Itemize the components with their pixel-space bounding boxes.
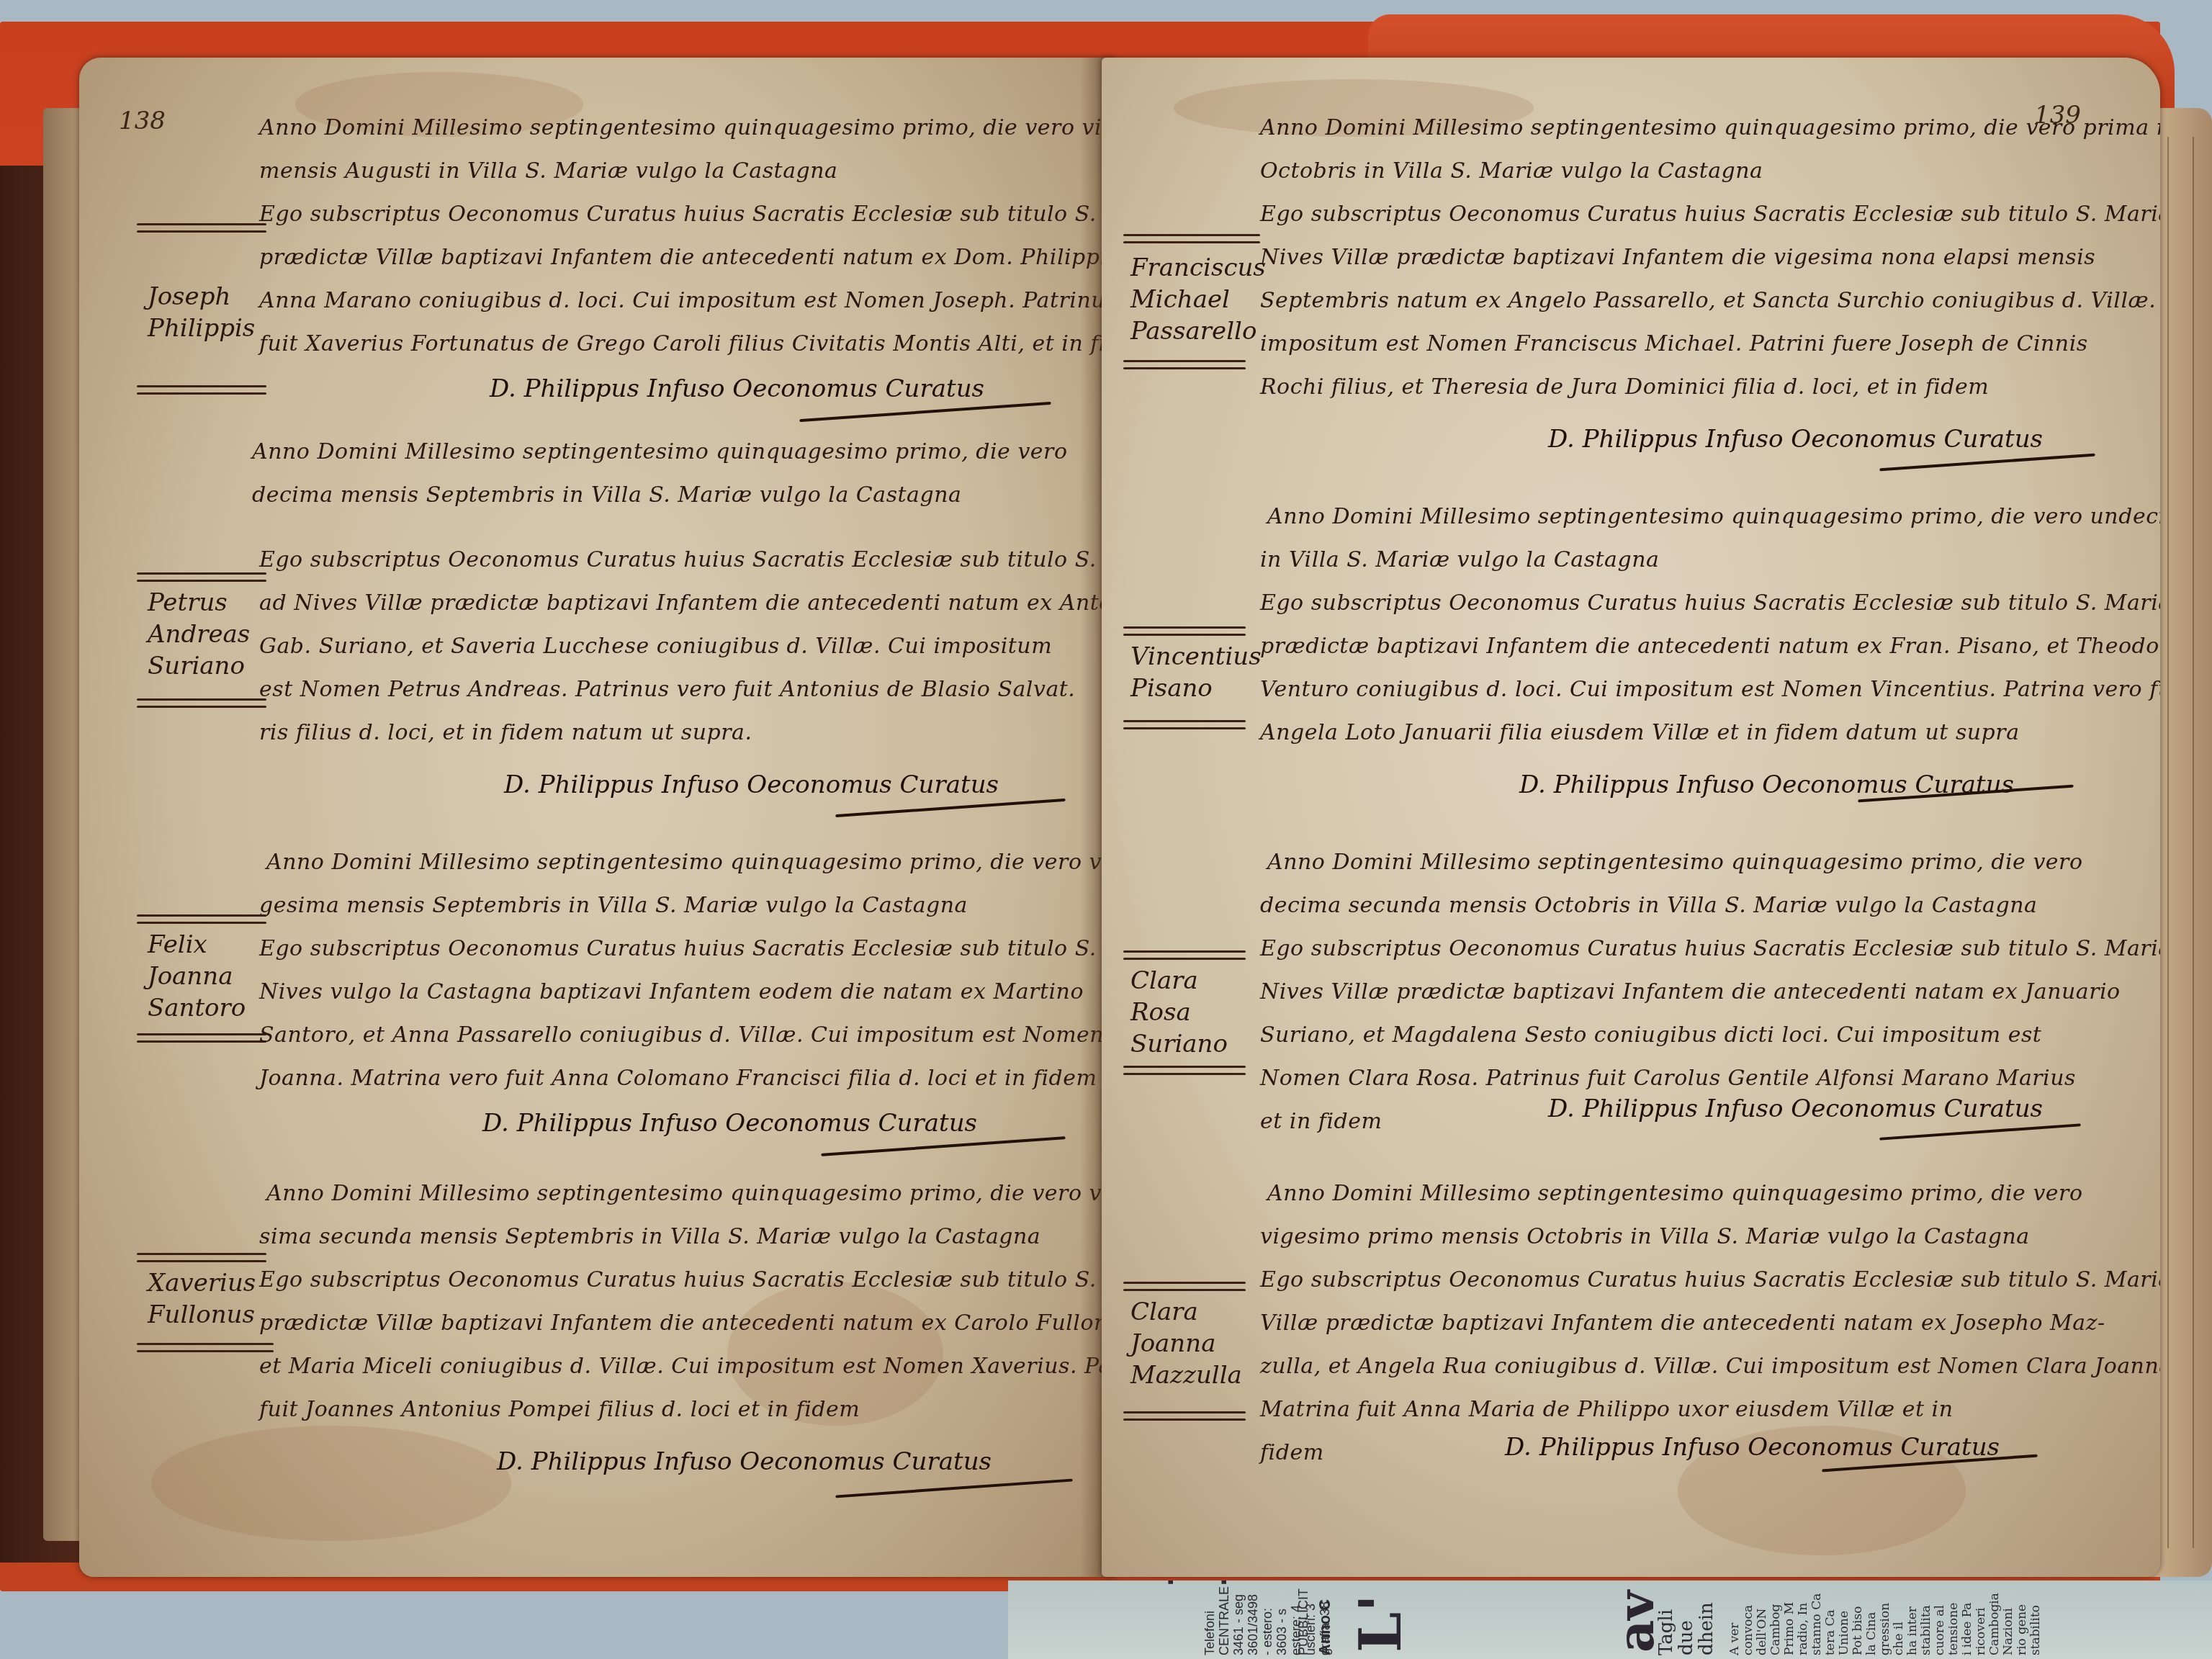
margin-name: Felix Joanna Santoro [148,929,246,1024]
margin-name: Xaverius Fullonus [148,1267,256,1331]
margin-name: Franciscus Michael Passarello [1130,252,1266,347]
margin-name: Petrus Andreas Suriano [148,587,250,682]
signature: D. Philippus Infuso Oeconomus Curatus [504,770,999,799]
right-page: 139 Anno Domini Millesimo septingentesim… [1102,58,2160,1577]
left-page: 138 Joseph Philippis Anno Domini Millesi… [79,58,1116,1577]
margin-name: Clara Joanna Mazzulla [1130,1296,1242,1391]
margin-name: Joseph Philippis [148,281,255,344]
signature: D. Philippus Infuso Oeconomus Curatus [1505,1433,2000,1462]
signature: D. Philippus Infuso Oeconomus Curatus [497,1447,992,1476]
margin-name: Clara Rosa Suriano [1130,965,1228,1060]
signature: D. Philippus Infuso Oeconomus Curatus [490,374,984,403]
newspaper-column: Tagli due dhein [1656,1583,1717,1655]
page-number: 138 [119,107,166,135]
signature: D. Philippus Infuso Oeconomus Curatus [482,1109,977,1138]
newspaper-scrap: L Telefoni CENTRALE 3461 - seg 3601/3498… [1008,1581,2212,1659]
margin-name: Vincentius Pisano [1130,641,1262,704]
signature: D. Philippus Infuso Oeconomus Curatus [1548,425,2043,454]
signature: D. Philippus Infuso Oeconomus Curatus [1548,1094,2043,1123]
newspaper-column: Telefoni CENTRALE 3461 - seg 3601/3498 -… [1202,1583,1332,1655]
newspaper-column: A ver convoca dell'ON Cambog Primo M rad… [1728,1583,2043,1655]
